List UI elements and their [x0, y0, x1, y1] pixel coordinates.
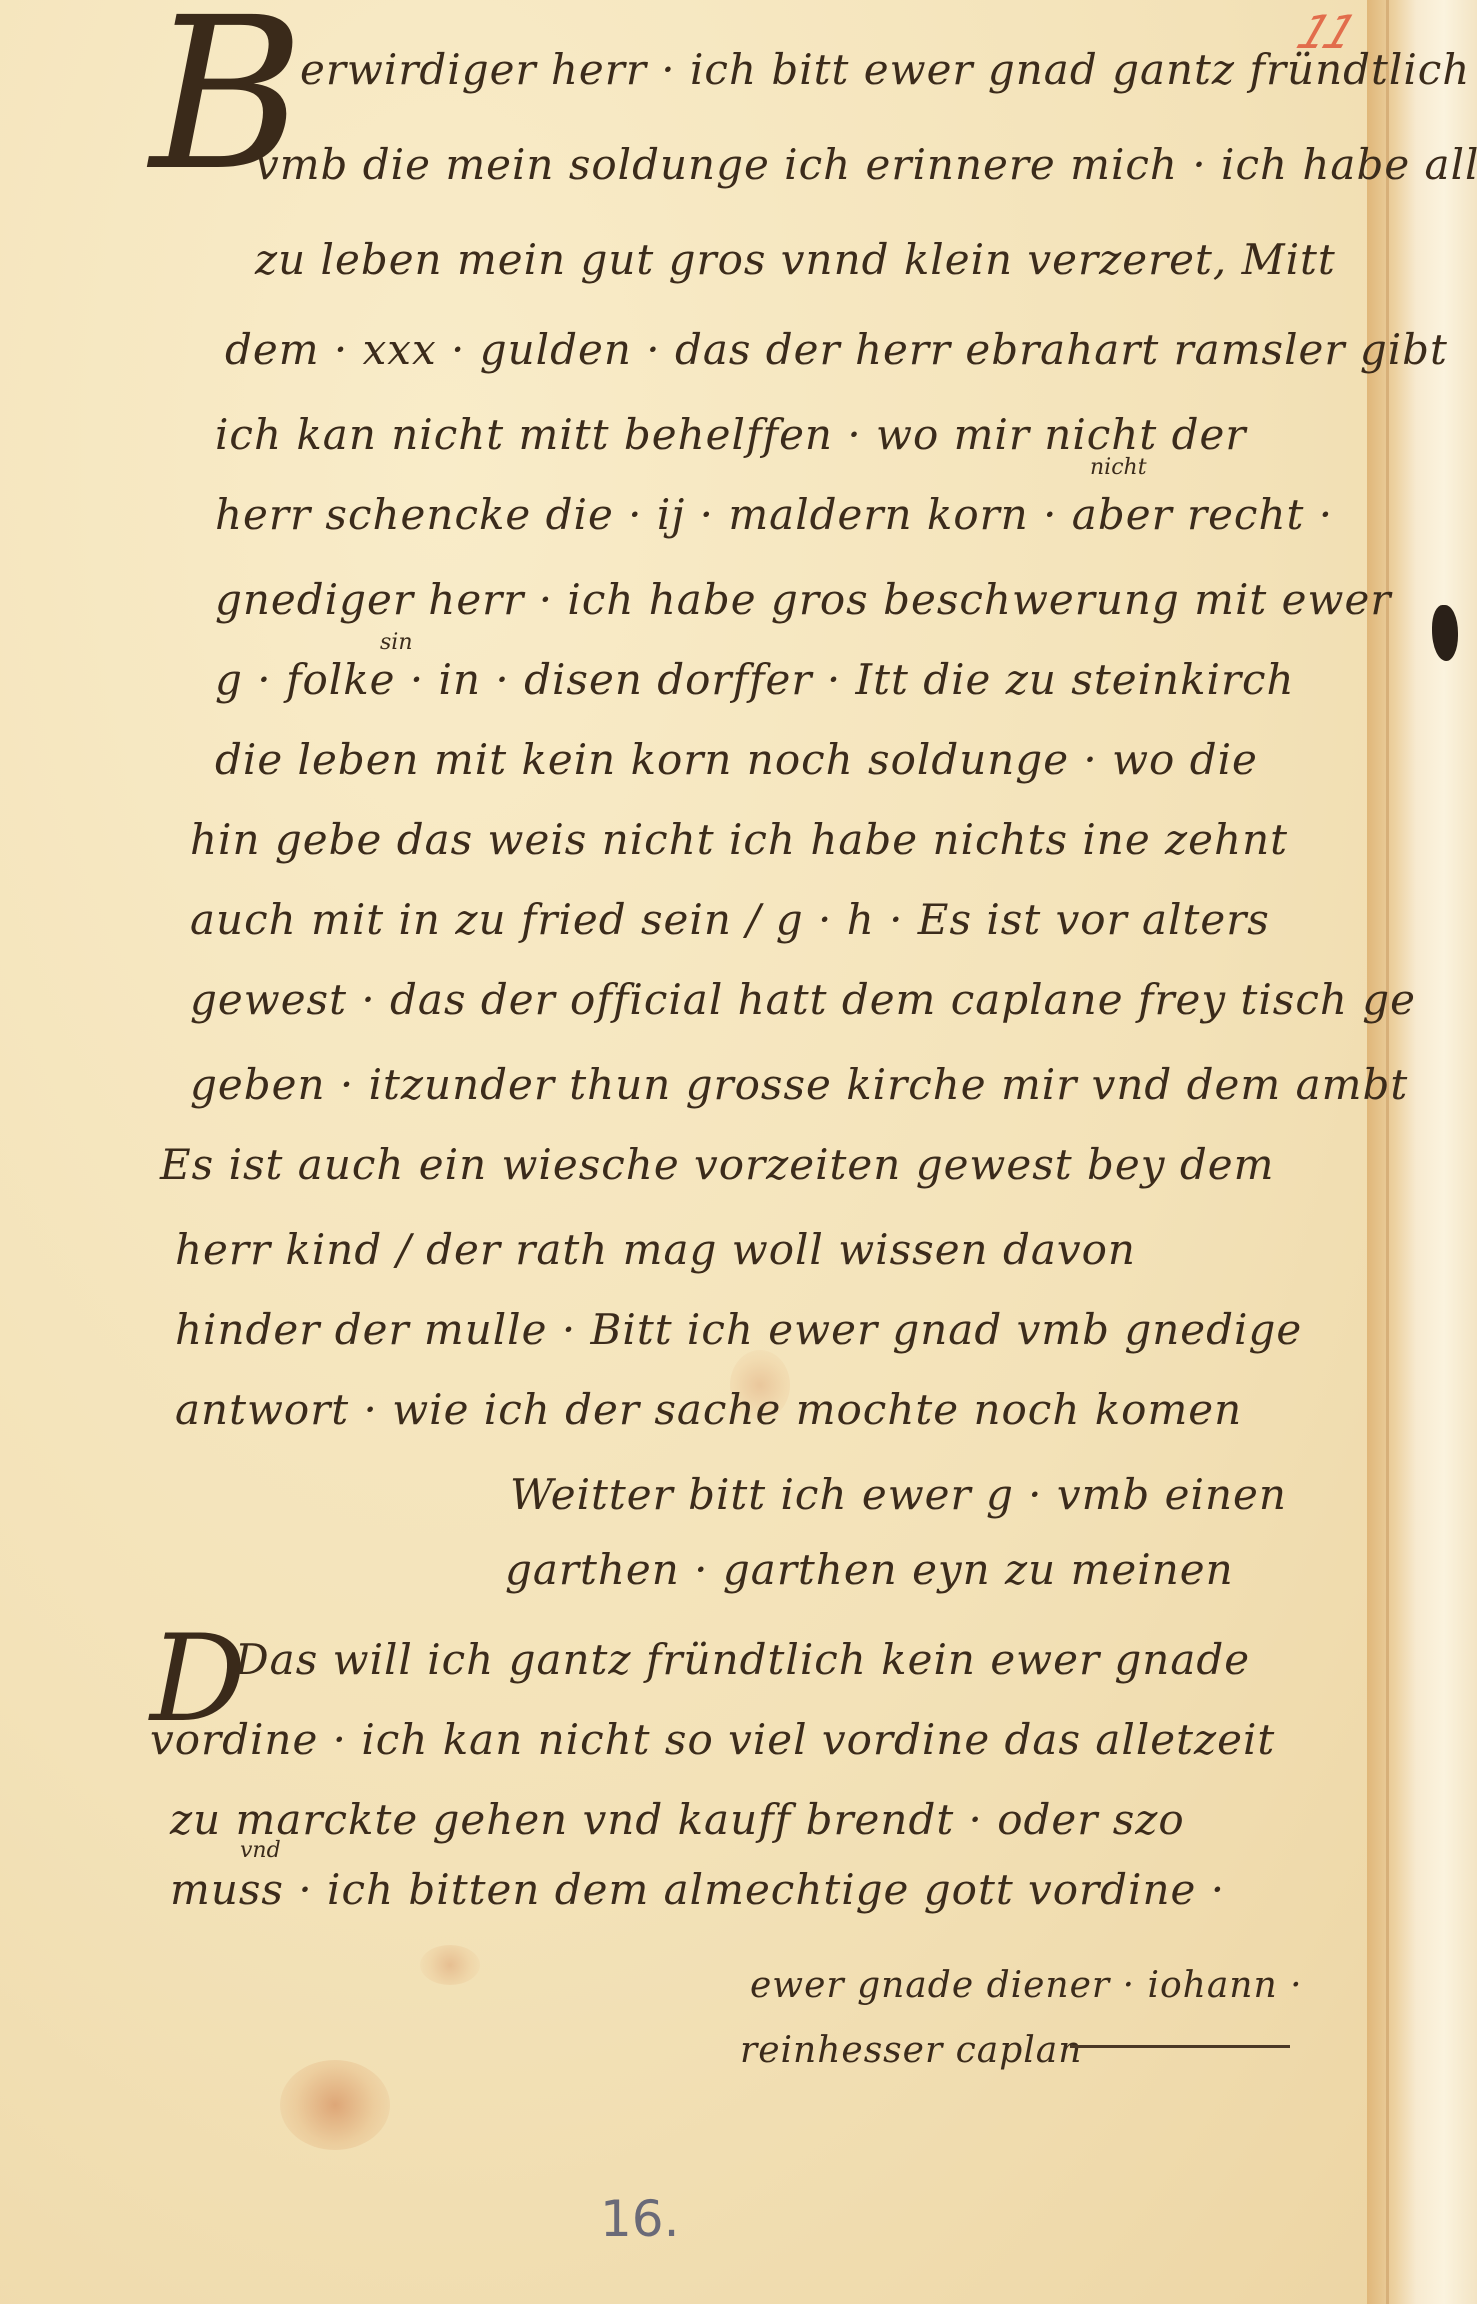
foxing-stain — [420, 1945, 480, 1985]
text-line: hinder der mulle · Bitt ich ewer gnad vm… — [175, 1305, 1302, 1354]
text-line: herr schencke die · ij · maldern korn · … — [215, 490, 1333, 539]
text-line: vmb die mein soldunge ich erinnere mich … — [255, 140, 1477, 189]
text-line: auch mit in zu fried sein / g · h · Es i… — [190, 895, 1270, 944]
interlinear-correction: nicht — [1090, 455, 1147, 480]
text-line: vordine · ich kan nicht so viel vordine … — [150, 1715, 1275, 1764]
text-line: muss · ich bitten dem almechtige gott vo… — [170, 1865, 1225, 1914]
interlinear-correction: vnd — [240, 1838, 281, 1863]
text-line: zu marckte gehen vnd kauff brendt · oder… — [170, 1795, 1185, 1844]
text-line: antwort · wie ich der sache mochte noch … — [175, 1385, 1242, 1434]
text-line: gewest · das der official hatt dem capla… — [190, 975, 1416, 1024]
text-line: die leben mit kein korn noch soldunge · … — [215, 735, 1258, 784]
signature-flourish — [1070, 2045, 1290, 2048]
text-line: ich kan nicht mitt behelffen · wo mir ni… — [215, 410, 1246, 459]
text-line: zu leben mein gut gros vnnd klein verzer… — [255, 235, 1336, 284]
archival-page-number: 16. — [600, 2190, 680, 2248]
manuscript-page: 11 B erwirdiger herr · ich bitt ewer gna… — [0, 0, 1477, 2304]
text-line: geben · itzunder thun grosse kirche mir … — [190, 1060, 1408, 1109]
foxing-stain — [280, 2060, 390, 2150]
interlinear-correction: sin — [380, 630, 413, 655]
signature-line: ewer gnade diener · iohann · — [750, 1965, 1303, 2006]
text-line: herr kind / der rath mag woll wissen dav… — [175, 1225, 1136, 1274]
text-line: Weitter bitt ich ewer g · vmb einen — [510, 1470, 1287, 1519]
text-line: gnediger herr · ich habe gros beschwerun… — [215, 575, 1391, 624]
text-line: Es ist auch ein wiesche vorzeiten gewest… — [160, 1140, 1274, 1189]
text-line: erwirdiger herr · ich bitt ewer gnad gan… — [300, 45, 1470, 94]
text-line: Das will ich gantz fründtlich kein ewer … — [235, 1635, 1250, 1684]
text-line: g · folke · in · disen dorffer · Itt die… — [215, 655, 1295, 704]
text-line: dem · xxx · gulden · das der herr ebraha… — [225, 325, 1448, 374]
ink-blot-stain — [1432, 605, 1458, 661]
text-line: hin gebe das weis nicht ich habe nichts … — [190, 815, 1288, 864]
text-line: garthen · garthen eyn zu meinen — [505, 1545, 1234, 1594]
signature-line: reinhesser caplan — [740, 2030, 1082, 2071]
